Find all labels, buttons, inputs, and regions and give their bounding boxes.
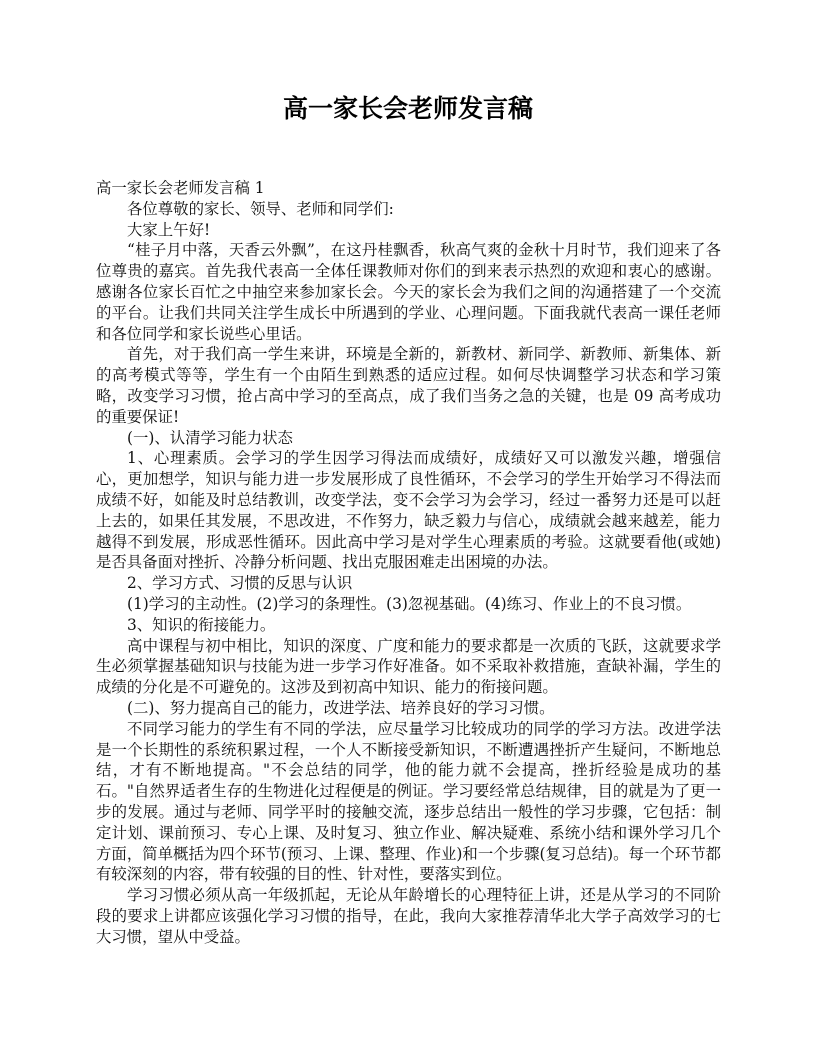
paragraph-transition: 高中课程与初中相比，知识的深度、广度和能力的要求都是一次质的飞跃，这就要求学生必… bbox=[96, 636, 721, 698]
paragraph-psychology: 1、心理素质。会学习的学生因学习得法而成绩好，成绩好又可以激发兴趣，增强信心，更… bbox=[96, 448, 721, 573]
subheading-2: (二)、努力提高自己的能力，改进学法、培养良好的学习习惯。 bbox=[96, 698, 721, 719]
greeting: 大家上午好! bbox=[96, 220, 721, 241]
paragraph-habits: 学习习惯必须从高一年级抓起，无论从年龄增长的心理特征上讲，还是从学习的不同阶段的… bbox=[96, 885, 721, 947]
document-title: 高一家长会老师发言稿 bbox=[0, 93, 816, 125]
item-2-heading: 2、学习方式、习惯的反思与认识 bbox=[96, 573, 721, 594]
paragraph-methods: 不同学习能力的学生有不同的学法，应尽量学习比较成功的同学的学习方法。改进学法是一… bbox=[96, 719, 721, 885]
document-page: 高一家长会老师发言稿 高一家长会老师发言稿 1 各位尊敬的家长、领导、老师和同学… bbox=[0, 0, 816, 1056]
paragraph-intro: 首先，对于我们高一学生来讲，环境是全新的，新教材、新同学、新教师、新集体、新的高… bbox=[96, 344, 721, 427]
paragraph-welcome: “桂子月中落，天香云外飘”，在这丹桂飘香，秋高气爽的金秋十月时节，我们迎来了各位… bbox=[96, 240, 721, 344]
salutation: 各位尊敬的家长、领导、老师和同学们: bbox=[96, 199, 721, 220]
subheading-1: (一)、认清学习能力状态 bbox=[96, 428, 721, 449]
document-body: 高一家长会老师发言稿 1 各位尊敬的家长、领导、老师和同学们: 大家上午好! “… bbox=[96, 178, 721, 947]
item-3-heading: 3、知识的衔接能力。 bbox=[96, 615, 721, 636]
section-heading: 高一家长会老师发言稿 1 bbox=[96, 178, 721, 199]
item-2-list: (1)学习的主动性。(2)学习的条理性。(3)忽视基础。(4)练习、作业上的不良… bbox=[96, 594, 721, 615]
